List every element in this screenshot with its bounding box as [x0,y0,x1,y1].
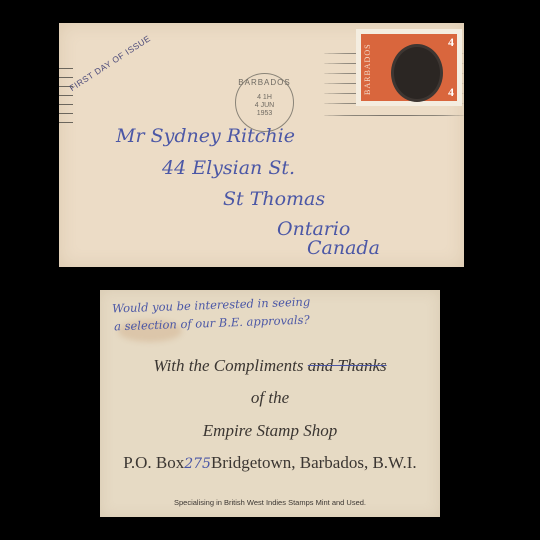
stamp-value-bottom: 4 [448,85,454,100]
first-day-of-issue-cachet: FIRST DAY OF ISSUE [68,33,153,93]
compliments-text: With the Compliments [153,356,307,375]
envelope: FIRST DAY OF ISSUE BARBADOS 4 1H 4 JUN 1… [59,23,464,267]
postmark-time: 4 1H [236,94,293,102]
postmark-date: 4 JUN [236,102,293,110]
city-country: Bridgetown, Barbados, B.W.I. [211,453,417,472]
postage-stamp: BARBADOS 4 4 [356,29,462,106]
struck-thanks-text: and Thanks [308,356,387,375]
po-box-label: P.O. Box [123,453,184,472]
address-line-street: 44 Elysian St. [162,157,295,179]
stamp-country: BARBADOS [363,40,379,98]
postmark-year: 1953 [236,110,293,118]
specialising-footer: Specialising in British West Indies Stam… [100,498,440,507]
postmark-town: BARBADOS [236,78,293,87]
circular-postmark: BARBADOS 4 1H 4 JUN 1953 [235,73,294,132]
address-line: P.O. Box275Bridgetown, Barbados, B.W.I. [100,453,440,473]
queen-portrait-icon [391,44,443,102]
compliments-line: With the Compliments and Thanks [100,356,440,376]
of-the-line: of the [100,388,440,408]
handwritten-note-line2: a selection of our B.E. approvals? [114,313,310,334]
address-line-country: Canada [307,237,380,259]
stamp-value-top: 4 [448,35,454,50]
compliments-card: Would you be interested in seeing a sele… [100,290,440,517]
shop-name: Empire Stamp Shop [100,421,440,441]
address-line-city: St Thomas [223,188,325,210]
handwritten-note-line1: Would you be interested in seeing [112,295,311,316]
wavy-cancel-line [324,115,464,117]
machine-cancel-bars [59,68,73,131]
po-box-number: 275 [184,456,211,472]
address-line-name: Mr Sydney Ritchie [116,125,295,147]
